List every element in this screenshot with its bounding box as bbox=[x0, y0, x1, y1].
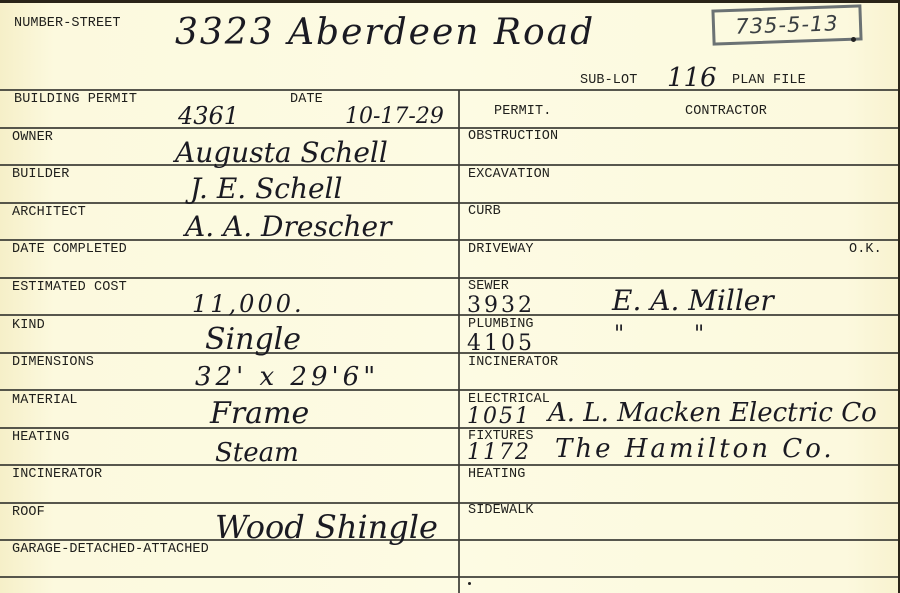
heating-value: Steam bbox=[215, 438, 299, 468]
address-value: 3323 Aberdeen Road bbox=[175, 12, 595, 53]
builder-value: J. E. Schell bbox=[190, 172, 342, 205]
material-value: Frame bbox=[210, 396, 309, 431]
rule bbox=[0, 539, 898, 541]
date-label: DATE bbox=[290, 92, 323, 107]
rule bbox=[0, 164, 898, 166]
ink-dot bbox=[468, 582, 471, 585]
architect-label: ARCHITECT bbox=[12, 205, 86, 220]
incinerator-permit-label: INCINERATOR bbox=[468, 355, 558, 370]
date-completed-label: DATE COMPLETED bbox=[12, 242, 127, 257]
electrical-contractor: A. L. Macken Electric Co bbox=[548, 398, 877, 428]
fixtures-permit: 1172 bbox=[467, 440, 531, 465]
building-permit-label: BUILDING PERMIT bbox=[14, 92, 137, 107]
sublot-label: SUB-LOT bbox=[580, 73, 637, 88]
kind-label: KIND bbox=[12, 318, 45, 333]
curb-label: CURB bbox=[468, 204, 501, 219]
heating-permit-label: HEATING bbox=[468, 467, 525, 482]
rule bbox=[0, 464, 898, 466]
plan-file-label: PLAN FILE bbox=[732, 73, 806, 88]
driveway-note: O.K. bbox=[849, 242, 882, 257]
dimensions-label: DIMENSIONS bbox=[12, 355, 94, 370]
owner-value: Augusta Schell bbox=[175, 136, 388, 169]
incinerator-label: INCINERATOR bbox=[12, 467, 102, 482]
driveway-label: DRIVEWAY bbox=[468, 242, 534, 257]
architect-value: A. A. Drescher bbox=[185, 210, 392, 243]
rule bbox=[0, 576, 898, 578]
rule bbox=[0, 127, 898, 129]
address-label: NUMBER-STREET bbox=[14, 16, 121, 31]
permit-card: NUMBER-STREET 3323 Aberdeen Road 735-5-1… bbox=[0, 0, 900, 593]
rule bbox=[0, 389, 898, 391]
card-top-edge bbox=[0, 0, 900, 3]
garage-label: GARAGE-DETACHED-ATTACHED bbox=[12, 542, 209, 557]
excavation-label: EXCAVATION bbox=[468, 167, 550, 182]
owner-label: OWNER bbox=[12, 130, 53, 145]
file-number-stamp: 735-5-13 bbox=[711, 4, 862, 45]
contractor-header: CONTRACTOR bbox=[685, 104, 767, 119]
plumbing-permit: 4105 bbox=[467, 331, 535, 356]
material-label: MATERIAL bbox=[12, 393, 78, 408]
rule bbox=[0, 277, 898, 279]
file-number: 735-5-13 bbox=[735, 11, 839, 39]
rule bbox=[0, 502, 898, 504]
rule bbox=[0, 239, 898, 241]
estimated-cost-label: ESTIMATED COST bbox=[12, 280, 127, 295]
sewer-contractor: E. A. Miller bbox=[612, 284, 774, 317]
permit-header: PERMIT. bbox=[494, 104, 551, 119]
plumbing-label: PLUMBING bbox=[468, 317, 534, 332]
ink-dot bbox=[851, 37, 856, 42]
sewer-label: SEWER bbox=[468, 279, 509, 294]
dimensions-value: 32' x 29'6" bbox=[195, 362, 379, 392]
building-permit-value: 4361 bbox=[178, 102, 239, 130]
rule bbox=[0, 202, 898, 204]
builder-label: BUILDER bbox=[12, 167, 69, 182]
roof-label: ROOF bbox=[12, 505, 45, 520]
electrical-permit: 1051 bbox=[467, 404, 531, 429]
fixtures-contractor: The Hamilton Co. bbox=[555, 434, 835, 464]
sewer-permit: 3932 bbox=[467, 293, 535, 318]
column-divider bbox=[458, 90, 460, 593]
date-value: 10-17-29 bbox=[345, 104, 444, 129]
kind-value: Single bbox=[205, 322, 301, 357]
roof-value: Wood Shingle bbox=[215, 508, 438, 546]
heating-label: HEATING bbox=[12, 430, 69, 445]
obstruction-label: OBSTRUCTION bbox=[468, 129, 558, 144]
rule bbox=[0, 352, 898, 354]
rule bbox=[0, 89, 898, 91]
plumbing-contractor: " " bbox=[614, 322, 704, 347]
estimated-cost-value: 11,000. bbox=[192, 290, 305, 318]
sidewalk-label: SIDEWALK bbox=[468, 503, 534, 518]
